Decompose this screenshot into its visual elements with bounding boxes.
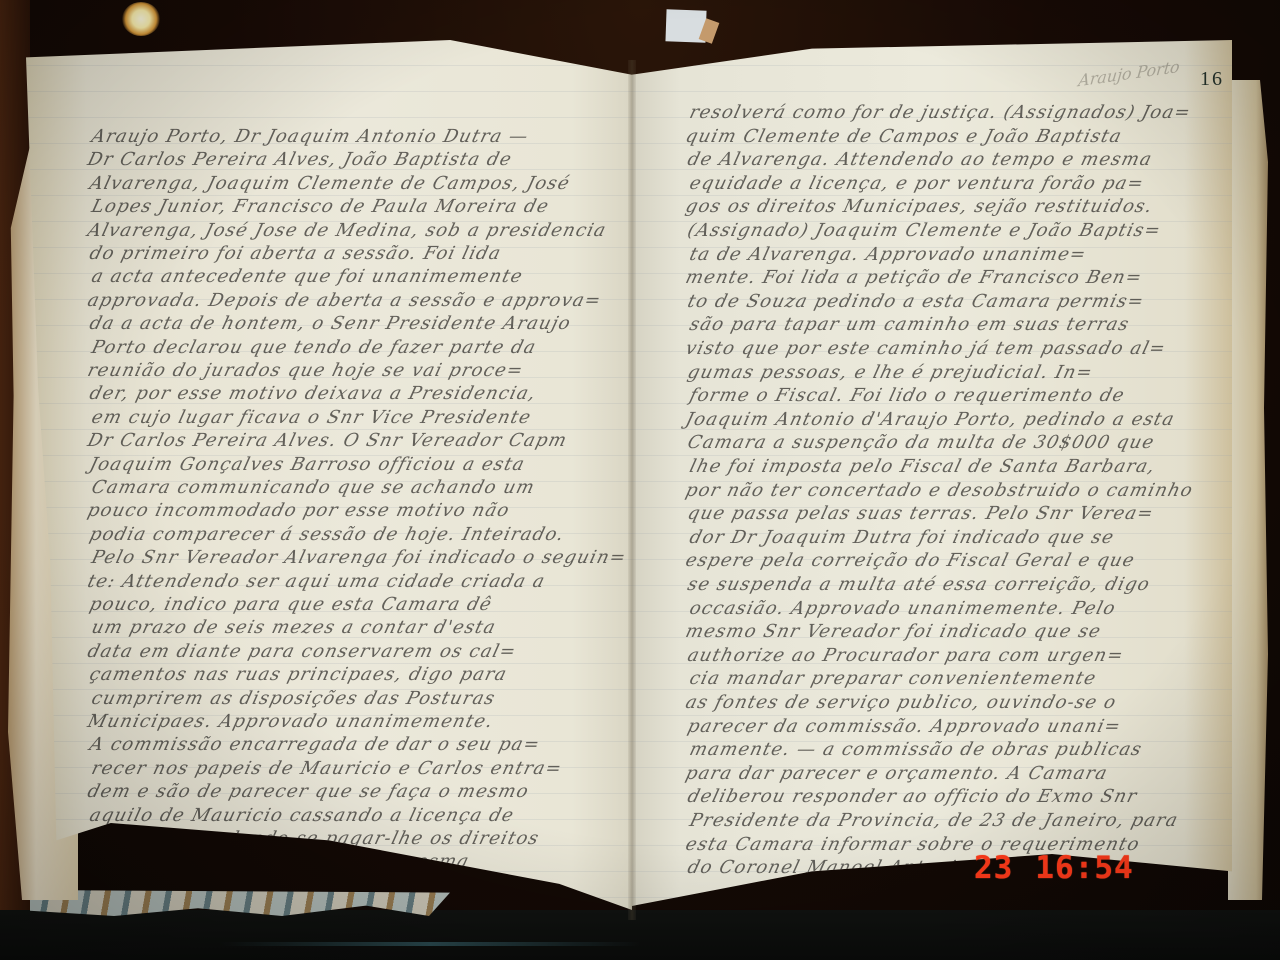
handwritten-line: approvada. Depois de aberta a sessão e a… <box>85 290 603 311</box>
handwritten-line: Camara a suspenção da multa de 30$000 qu… <box>685 432 1157 453</box>
handwritten-line: são para tapar um caminho em suas terras <box>687 314 1131 335</box>
handwritten-line: Municipaes. Approvado unanimemente. <box>85 711 495 732</box>
handwritten-line: deliberou responder ao officio do Exmo S… <box>685 786 1139 807</box>
handwritten-line: cumprirem as disposições das Posturas <box>89 688 497 709</box>
handwritten-line: a acta antecedente que foi unanimemente <box>89 266 525 287</box>
table-surface <box>0 910 1280 960</box>
handwritten-line: to de Souza pedindo a esta Camara permis… <box>685 291 1146 312</box>
handwritten-line: occasião. Approvado unanimemente. Pelo <box>687 598 1118 619</box>
handwritten-line: de Alvarenga. Attendendo ao tempo e mesm… <box>685 149 1154 170</box>
handwritten-line: reunião do jurados que hoje se vai proce… <box>85 360 525 381</box>
table-reflection <box>220 942 640 946</box>
handwritten-line: Alvarenga, Joaquim Clemente de Campos, J… <box>87 173 572 194</box>
handwritten-line: da a acta de hontem, o Senr Presidente A… <box>87 313 573 334</box>
handwritten-line: equidade a licença, e por ventura forão … <box>687 173 1146 194</box>
handwritten-line: Pelo Snr Vereador Alvarenga foi indicado… <box>89 547 628 568</box>
handwritten-line: A commissão encarregada de dar o seu pa= <box>87 734 542 755</box>
handwritten-line: em cujo lugar ficava o Snr Vice Presiden… <box>89 407 533 428</box>
handwritten-line: podia comparecer á sessão de hoje. Intei… <box>87 524 566 545</box>
handwritten-line: visto que por este caminho já tem passad… <box>683 338 1168 359</box>
handwritten-line: Municipaes que pagam com a mesma <box>85 851 471 872</box>
timestamp-day: 23 <box>974 850 1013 886</box>
handwritten-line: por não ter concertado e desobstruido o … <box>683 480 1195 501</box>
underlying-pages-right <box>1228 80 1268 900</box>
handwritten-line: mente. Foi lida a petição de Francisco B… <box>683 267 1144 288</box>
handwritten-line: as fontes de serviço publico, ouvindo-se… <box>683 692 1119 713</box>
handwritten-line: quim Clemente de Campos e João Baptista <box>683 126 1124 147</box>
handwritten-line: pouco, indico para que esta Camara dê <box>87 594 494 615</box>
handwritten-line: Porto declarou que tendo de fazer parte … <box>89 337 538 358</box>
handwritten-line: resolverá como for de justiça. (Assignad… <box>687 102 1193 123</box>
handwritten-line: dor Dr Joaquim Dutra foi indicado que se <box>687 527 1116 548</box>
handwritten-line: um prazo de seis mezes a contar d'esta <box>89 617 498 638</box>
camera-timestamp: 2316:54 <box>974 850 1134 886</box>
handwritten-line: gumas pessoas, e lhe é prejudicial. In= <box>685 362 1095 383</box>
handwritten-line: Dr Carlos Pereira Alves, João Baptista d… <box>85 149 514 170</box>
handwritten-line: mesmo Snr Vereador foi indicado que se <box>683 621 1103 642</box>
handwritten-line: cia mandar preparar convenientemente <box>687 668 1098 689</box>
handwritten-line: authorize ao Procurador para com urgen= <box>685 645 1126 666</box>
timestamp-time: 16:54 <box>1035 850 1133 886</box>
handwritten-line: ta de Alvarenga. Approvado unanime= <box>687 244 1089 265</box>
handwritten-line: pouco incommodado por esse motivo não <box>85 500 512 521</box>
handwritten-line: Araujo Porto, Dr Joaquim Antonio Dutra — <box>89 126 531 147</box>
handwritten-line: Camara communicando que se achando um <box>89 477 537 498</box>
handwritten-line: espere pela correição do Fiscal Geral e … <box>683 550 1137 571</box>
left-page: Araujo Porto, Dr Joaquim Antonio Dutra —… <box>26 40 632 910</box>
handwritten-line: te: Attendendo ser aqui uma cidade criad… <box>85 571 547 592</box>
lamp-light <box>122 2 160 36</box>
handwritten-line: aquilo de Mauricio cassando a licença de <box>87 805 516 826</box>
right-page: resolverá como for de justiça. (Assignad… <box>632 40 1232 906</box>
handwritten-line: Joaquim Gonçalves Barroso officiou a est… <box>87 454 527 475</box>
handwritten-line: gos os direitos Municipaes, sejão restit… <box>683 196 1155 217</box>
handwritten-line: der, por esse motivo deixava a Presidenc… <box>87 383 538 404</box>
handwritten-line: (Assignado) Joaquim Clemente e João Bapt… <box>685 220 1163 241</box>
handwritten-line: Joaquim Antonio d'Araujo Porto, pedindo … <box>683 409 1177 430</box>
handwritten-line: Presidente da Provincia, de 23 de Janeir… <box>687 810 1180 831</box>
handwritten-line: lhe foi imposta pelo Fiscal de Santa Bar… <box>687 456 1157 477</box>
handwritten-line: data em diante para conservarem os cal= <box>85 641 518 662</box>
handwritten-line: Alvarenga, José Jose de Medina, sob a pr… <box>85 220 608 241</box>
handwritten-line: se suspenda a multa até essa correição, … <box>685 574 1152 595</box>
handwritten-line: çamentos nas ruas principaes, digo para <box>87 664 509 685</box>
handwritten-line: Carlos e mandando-se pagar-lhe os direit… <box>89 828 541 849</box>
ruled-lines <box>26 40 632 910</box>
handwritten-line: recer nos papeis de Mauricio e Carlos en… <box>89 758 564 779</box>
page-number: 16 <box>1200 68 1224 91</box>
handwritten-line: forme o Fiscal. Foi lido o requerimento … <box>687 385 1127 406</box>
handwritten-line: Lopes Junior, Francisco de Paula Moreira… <box>89 196 551 217</box>
handwritten-line: mamente. — a commissão de obras publicas <box>687 739 1144 760</box>
handwritten-line: parecer da commissão. Approvado unani= <box>685 716 1123 737</box>
handwritten-line: dem e são de parecer que se faça o mesmo <box>85 781 531 802</box>
handwritten-line: para dar parecer e orçamento. A Camara <box>683 763 1110 784</box>
handwritten-line: que passa pelas suas terras. Pelo Snr Ve… <box>685 503 1156 524</box>
handwritten-line: do primeiro foi aberta a sessão. Foi lid… <box>87 243 503 264</box>
book-gutter <box>628 60 636 920</box>
handwritten-line: Dr Carlos Pereira Alves. O Snr Vereador … <box>85 430 569 451</box>
